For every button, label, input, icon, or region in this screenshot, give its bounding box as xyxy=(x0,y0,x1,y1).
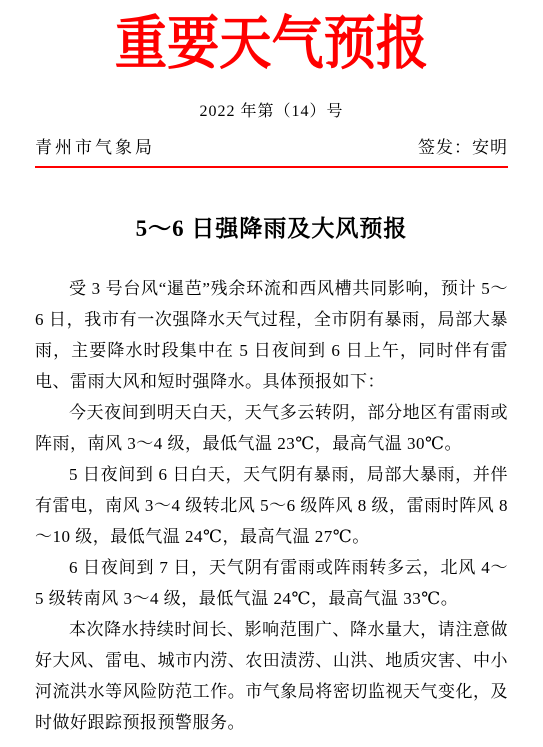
forecast-headline: 5～6 日强降雨及大风预报 xyxy=(35,210,508,243)
masthead-title: 重要天气预报 xyxy=(27,0,516,76)
paragraph-day6-to-7: 6 日夜间到 7 日，天气阴有雷雨或阵雨转多云，北风 4～5 级转南风 3～4 … xyxy=(35,552,508,614)
paragraph-day5-to-6: 5 日夜间到 6 日白天，天气阴有暴雨，局部大暴雨，并伴有雷电，南风 3～4 级… xyxy=(35,459,508,552)
forecast-body: 受 3 号台风“暹芭”残余环流和西风槽共同影响，预计 5～6 日，我市有一次强降… xyxy=(35,273,508,738)
paragraph-synopsis: 受 3 号台风“暹芭”残余环流和西风槽共同影响，预计 5～6 日，我市有一次强降… xyxy=(35,273,508,397)
issue-number: 2022 年第（14）号 xyxy=(0,98,543,121)
red-divider-line xyxy=(35,166,508,168)
byline-row: 青州市气象局 签发：安明 xyxy=(35,133,508,158)
agency-name: 青州市气象局 xyxy=(35,133,155,158)
paragraph-tonight-tomorrow: 今天夜间到明天白天，天气多云转阴，部分地区有雷雨或阵雨，南风 3～4 级，最低气… xyxy=(35,397,508,459)
issuer-signature: 签发：安明 xyxy=(418,133,508,158)
weather-forecast-document: 重要天气预报 2022 年第（14）号 青州市气象局 签发：安明 5～6 日强降… xyxy=(0,0,543,747)
paragraph-risk-advisory: 本次降水持续时间长、影响范围广、降水量大，请注意做好大风、雷电、城市内涝、农田渍… xyxy=(35,614,508,738)
